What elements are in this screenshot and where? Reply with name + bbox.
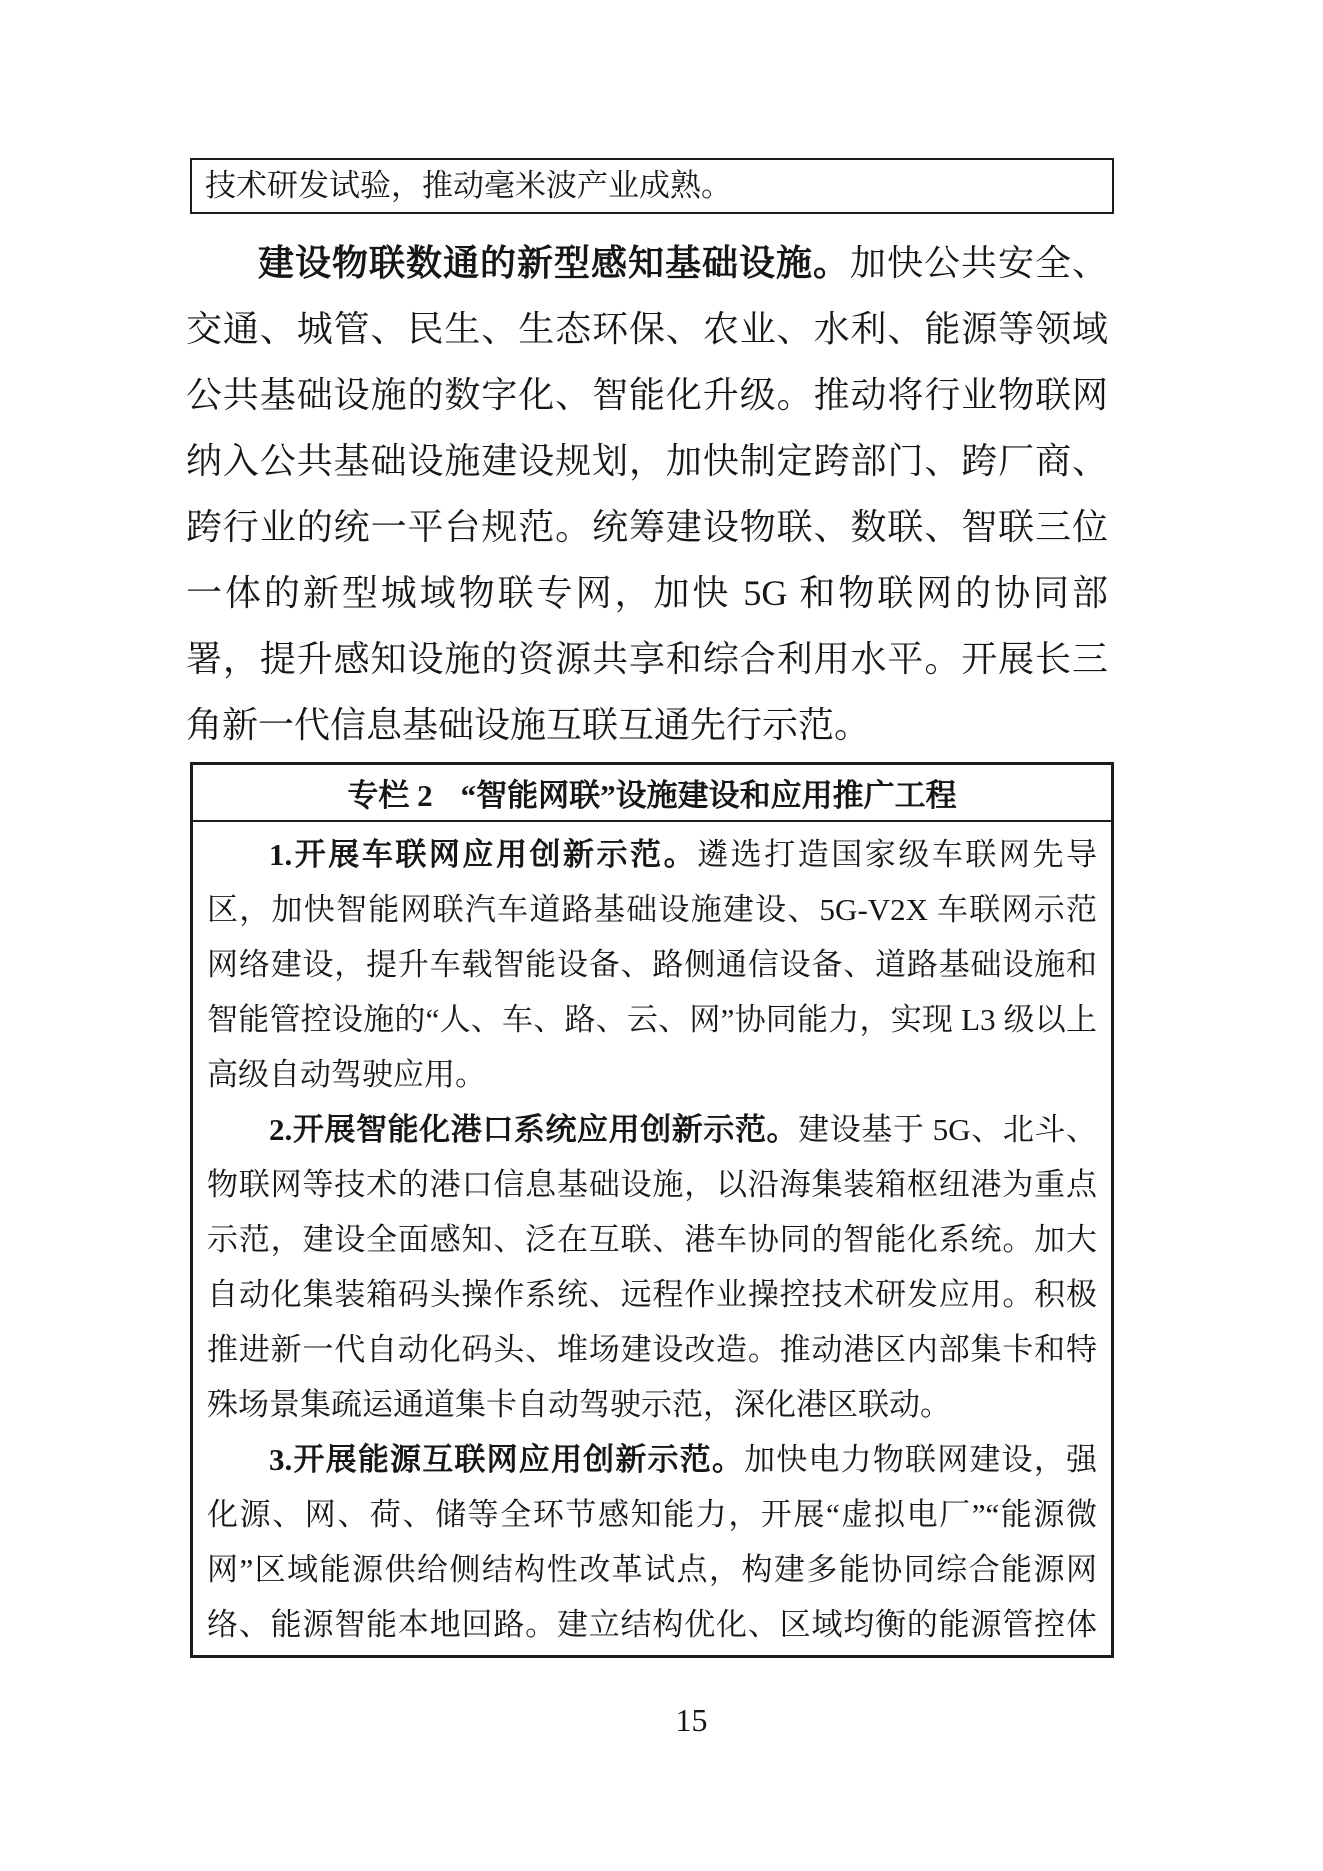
column-2-content: 1.开展车联网应用创新示范。遴选打造国家级车联网先导区，加快智能网联汽车道路基础…	[193, 822, 1111, 1658]
body-paragraph: 建设物联数通的新型感知基础设施。加快公共安全、交通、城管、民生、生态环保、农业、…	[186, 230, 1108, 758]
paragraph-lead-bold: 建设物联数通的新型感知基础设施。	[258, 243, 850, 283]
column-item-2-lead: 2.开展智能化港口系统应用创新示范。	[269, 1112, 798, 1147]
column-item-2: 2.开展智能化港口系统应用创新示范。建设基于 5G、北斗、物联网等技术的港口信息…	[207, 1102, 1097, 1432]
column-item-2-body: 建设基于 5G、北斗、物联网等技术的港口信息基础设施，以沿海集装箱枢纽港为重点示…	[207, 1112, 1097, 1422]
column-item-1: 1.开展车联网应用创新示范。遴选打造国家级车联网先导区，加快智能网联汽车道路基础…	[207, 827, 1097, 1102]
page-number: 15	[30, 1702, 1323, 1739]
column-2-label: 专栏 2	[347, 770, 432, 815]
column-2-title: “智能网联”设施建设和应用推广工程	[461, 770, 957, 815]
column-2-box: 专栏 2 “智能网联”设施建设和应用推广工程 1.开展车联网应用创新示范。遴选打…	[190, 762, 1114, 1658]
column-item-1-lead: 1.开展车联网应用创新示范。	[269, 837, 697, 872]
column-2-header: 专栏 2 “智能网联”设施建设和应用推广工程	[193, 765, 1111, 822]
document-page: 技术研发试验，推动毫米波产业成熟。 建设物联数通的新型感知基础设施。加快公共安全…	[0, 0, 1323, 1871]
column-item-1-body: 遴选打造国家级车联网先导区，加快智能网联汽车道路基础设施建设、5G-V2X 车联…	[207, 837, 1097, 1092]
paragraph-body-text: 加快公共安全、交通、城管、民生、生态环保、农业、水利、能源等领域公共基础设施的数…	[186, 243, 1108, 745]
column-item-3: 3.开展能源互联网应用创新示范。加快电力物联网建设，强化源、网、荷、储等全环节感…	[207, 1432, 1097, 1658]
top-continuation-box: 技术研发试验，推动毫米波产业成熟。	[190, 158, 1114, 214]
column-item-3-lead: 3.开展能源互联网应用创新示范。	[269, 1442, 744, 1477]
top-box-text: 技术研发试验，推动毫米波产业成熟。	[205, 168, 732, 203]
